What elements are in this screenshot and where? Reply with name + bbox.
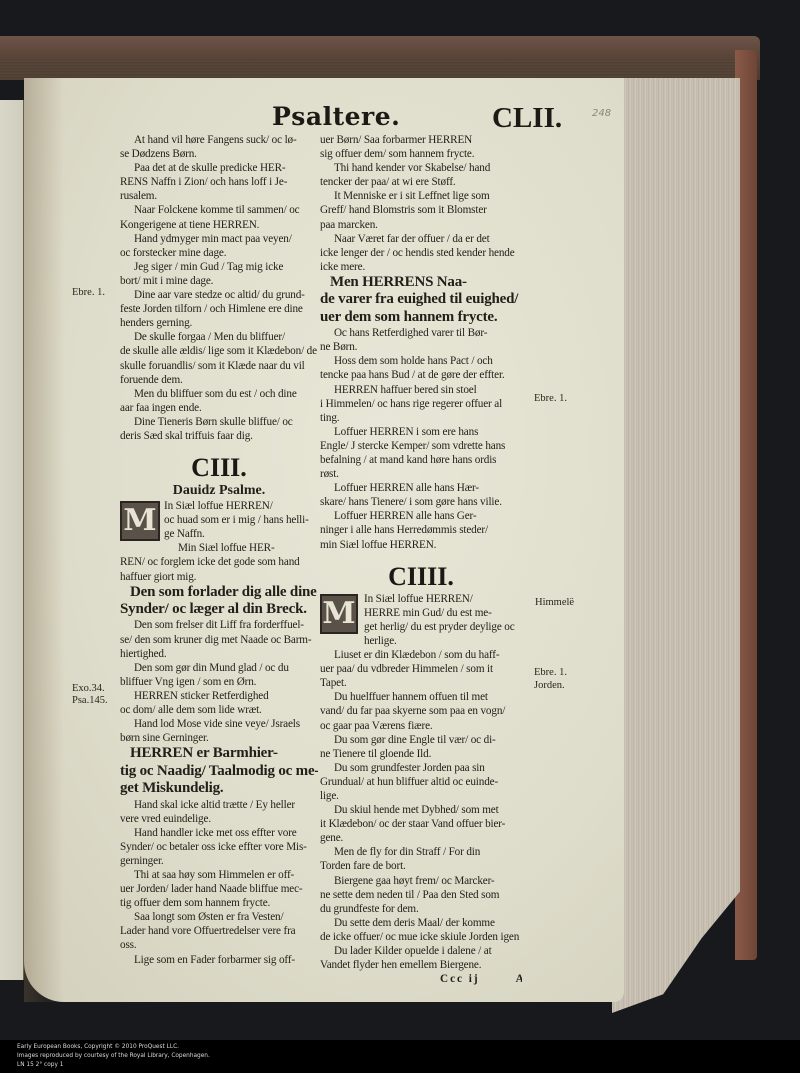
text-line: skulle foruandlis/ som it Klæde naar du …: [120, 359, 318, 373]
text-line: HERREN sticker Retferdighed: [120, 689, 318, 703]
text-line: Engle/ J stercke Kemper/ som vdrette han…: [320, 439, 522, 453]
text-line: Du som gør dine Engle til vær/ oc di-: [320, 733, 522, 747]
text-line: oss.: [120, 938, 318, 952]
text-line: gene.: [320, 831, 522, 845]
text-line: feste Jorden tilforn / och Himlene ere d…: [120, 302, 318, 316]
text-line: ne Tienere til gloende Ild.: [320, 747, 522, 761]
text-line: Torden fare de bort.: [320, 859, 522, 873]
drop-cap-block-ciii: M In Siæl loffue HERREN/ oc huad som er …: [120, 499, 318, 541]
text-line: aar faa ingen ende.: [120, 401, 318, 415]
text-line: icke lenger der / oc hendis sted kender …: [320, 246, 522, 260]
text-line: befalning / at mand kand høre hans ordis: [320, 453, 522, 467]
text-line: gerninger.: [120, 854, 318, 868]
text-line: ting.: [320, 411, 522, 425]
text-line: herlige.: [320, 634, 522, 648]
text-line: Loffuer HERREN alle hans Ger-: [320, 509, 522, 523]
text-line: rusalem.: [120, 189, 318, 203]
text-line: uer Jorden/ lader hand Naade bliffue mec…: [120, 882, 318, 896]
text-line: Den som gør din Mund glad / oc du: [120, 661, 318, 675]
text-line: uer dem som hannem frycte.: [320, 309, 522, 326]
margin-note-himmel: Himmelë: [535, 597, 574, 608]
text-line: Du skiul hende met Dybhed/ som met: [320, 803, 522, 817]
text-line: Den som frelser dit Liff fra forderffuel…: [120, 618, 318, 632]
signature: Ccc ij: [440, 973, 480, 985]
folio-number: CLII.: [492, 102, 562, 135]
text-line: min Siæl loffue HERREN.: [320, 538, 522, 552]
right-text-block-1: uer Børn/ Saa forbarmer HERRENsig offuer…: [320, 133, 522, 552]
text-line: Loffuer HERREN alle hans Hær-: [320, 481, 522, 495]
catchword: At: [480, 973, 522, 985]
text-line: Hoss dem som holde hans Pact / och: [320, 354, 522, 368]
text-line: se Dødzens Børn.: [120, 147, 318, 161]
text-line: Hand ydmyger min mact paa veyen/: [120, 232, 318, 246]
text-line: se/ den som kruner dig met Naade oc Barm…: [120, 633, 318, 647]
text-line: Synder/ oc læger al din Breck.: [120, 601, 318, 618]
left-text-block-1: At hand vil høre Fangens suck/ oc lø-se …: [120, 133, 318, 443]
text-line: tig offuer dem som hannem frycte.: [120, 896, 318, 910]
text-line: Naar Folckene komme til sammen/ oc: [120, 203, 318, 217]
text-line: oc dom/ alle dem som lide wræt.: [120, 703, 318, 717]
text-line: de icke offuer/ oc mue icke skiule Jorde…: [320, 930, 522, 944]
text-line: Hand lod Mose vide sine veye/ Jsraels: [120, 717, 318, 731]
text-line: Tapet.: [320, 676, 522, 690]
text-line: haffuer giort mig.: [120, 570, 318, 584]
pencil-page-number: 248: [592, 108, 611, 119]
text-line: tencker der paa/ at wi ere Støff.: [320, 175, 522, 189]
text-line: henders gerning.: [120, 316, 318, 330]
text-line: Saa longt som Østen er fra Vesten/: [120, 910, 318, 924]
text-line: Men HERRENS Naa-: [320, 274, 522, 291]
text-line: Greff/ hand Blomstris som it Blomster: [320, 203, 522, 217]
text-line: Jeg siger / min Gud / Tag mig icke: [120, 260, 318, 274]
text-line: Du som grundfester Jorden paa sin: [320, 761, 522, 775]
text-line: get Miskundelig.: [120, 780, 318, 797]
text-line: REN/ oc forglem icke det gode som hand: [120, 555, 318, 569]
footer-shelfmark: LN 15 2° copy 1: [17, 1062, 63, 1068]
text-line: HERREN haffuer bered sin stoel: [320, 383, 522, 397]
text-line: oc forstecker mine dage.: [120, 246, 318, 260]
text-line: Loffuer HERREN i som ere hans: [320, 425, 522, 439]
text-line: it Klædebon/ oc der staar Vand offuer bi…: [320, 817, 522, 831]
facing-page-sliver: [0, 100, 24, 980]
text-line: Hand skal icke altid trætte / Ey heller: [120, 798, 318, 812]
text-line: du grundfeste for dem.: [320, 902, 522, 916]
text-line: icke mere.: [320, 260, 522, 274]
margin-note-exo: Exo.34.: [72, 683, 105, 694]
text-line: Dine aar vare stedze oc altid/ du grund-: [120, 288, 318, 302]
text-line: Lige som en Fader forbarmer sig off-: [120, 953, 318, 967]
right-text-block-2: Liuset er din Klædebon / som du haff-uer…: [320, 648, 522, 972]
text-line: Men de fly for din Straff / For din: [320, 845, 522, 859]
drop-cap-block-ciiii: M In Siæl loffue HERREN/ HERRE min Gud/ …: [320, 592, 522, 648]
text-line: oc gaar paa Værens fiære.: [320, 719, 522, 733]
psalm-number-ciii: CIII.: [120, 453, 318, 483]
psalm-number-ciiii: CIIII.: [320, 562, 522, 592]
text-line: Dine Tieneris Børn skulle bliffue/ oc: [120, 415, 318, 429]
text-line: sig offuer dem/ som hannem frycte.: [320, 147, 522, 161]
page-fore-edge: [612, 78, 740, 1013]
decorated-initial: M: [120, 501, 160, 541]
psalm-subtitle: Dauidz Psalme.: [120, 483, 318, 499]
text-line: Thi at saa høy som Himmelen er off-: [120, 868, 318, 882]
footer-courtesy: Images reproduced by courtesy of the Roy…: [17, 1053, 210, 1059]
text-line: ne sette dem neden til / Paa den Sted so…: [320, 888, 522, 902]
text-line: tencke paa hans Bud / at de gøre der eff…: [320, 368, 522, 382]
text-line: Synder/ oc betaler oss icke effter vore …: [120, 840, 318, 854]
margin-note-ebre: Ebre. 1.: [534, 393, 567, 404]
copyright-footer: Early European Books, Copyright © 2010 P…: [0, 1040, 800, 1073]
signature-mark: Ccc ijAt: [320, 972, 522, 986]
text-line: HERREN er Barmhier-: [120, 745, 318, 762]
text-line: Biergene gaa høyt frem/ oc Marcker-: [320, 874, 522, 888]
margin-note-ebre: Ebre. 1.: [72, 287, 105, 298]
text-line: De skulle forgaa / Men du bliffuer/: [120, 330, 318, 344]
text-line: Liuset er din Klædebon / som du haff-: [320, 648, 522, 662]
text-line: deris Sæd skal triffuis faar dig.: [120, 429, 318, 443]
text-line: paa marcken.: [320, 218, 522, 232]
text-line: Du huelffuer hannem offuen til met: [320, 690, 522, 704]
text-line: Du sette dem deris Maal/ der komme: [320, 916, 522, 930]
text-line: Du lader Kilder opuelde i dalene / at: [320, 944, 522, 958]
text-line: vere vred euindelige.: [120, 812, 318, 826]
text-line: Men du bliffuer som du est / och dine: [120, 387, 318, 401]
text-line: At hand vil høre Fangens suck/ oc lø-: [120, 133, 318, 147]
book-top-edge: [0, 36, 760, 80]
left-column: At hand vil høre Fangens suck/ oc lø-se …: [120, 133, 318, 967]
left-text-block-2: Min Siæl loffue HER-REN/ oc forglem icke…: [120, 541, 318, 966]
text-line: Oc hans Retferdighed varer til Bør-: [320, 326, 522, 340]
text-line: lige.: [320, 789, 522, 803]
text-line: bort/ mit i mine dage.: [120, 274, 318, 288]
text-line: Paa det at de skulle predicke HER-: [120, 161, 318, 175]
text-line: røst.: [320, 467, 522, 481]
decorated-initial: M: [320, 594, 358, 634]
running-title: Psaltere.: [272, 102, 400, 131]
book-scan: Psaltere. CLII. 248 At hand vil høre Fan…: [0, 0, 800, 1040]
text-line: It Menniske er i sit Leffnet lige som: [320, 189, 522, 203]
text-line: uer Børn/ Saa forbarmer HERREN: [320, 133, 522, 147]
margin-note-ebre: Ebre. 1.: [534, 667, 567, 678]
footer-copyright: Early European Books, Copyright © 2010 P…: [17, 1044, 179, 1050]
text-line: Thi hand kender vor Skabelse/ hand: [320, 161, 522, 175]
text-line: uer paa/ du vdbreder Himmelen / som it: [320, 662, 522, 676]
text-line: skare/ hans Tienere/ i som gøre hans vil…: [320, 495, 522, 509]
text-line: de skulle alle ældis/ lige som it Klædeb…: [120, 344, 318, 358]
text-line: Grundual/ at hun bliffuer altid oc euind…: [320, 775, 522, 789]
text-line: Lader hand vore Offuertredelser vere fra: [120, 924, 318, 938]
text-line: bliffuer Vng igen / som en Ørn.: [120, 675, 318, 689]
text-line: RENS Naffn i Zion/ och hans loff i Je-: [120, 175, 318, 189]
text-line: i Himmelen/ oc hans rige regerer offuer …: [320, 397, 522, 411]
text-line: tig oc Naadig/ Taalmodig oc me-: [120, 763, 318, 780]
text-line: Vandet flyder hen emellem Biergene.: [320, 958, 522, 972]
text-line: børn sine Gerninger.: [120, 731, 318, 745]
gutter-shadow: [24, 78, 64, 1002]
text-line: Hand handler icke met oss effter vore: [120, 826, 318, 840]
text-line: hiertighed.: [120, 647, 318, 661]
text-line: ninger i alle hans Herredømmis steder/: [320, 523, 522, 537]
text-line: ne Børn.: [320, 340, 522, 354]
margin-note-psa: Psa.145.: [72, 695, 108, 706]
text-line: Den som forlader dig alle dine: [120, 584, 318, 601]
margin-note-jorden: Jorden.: [534, 680, 565, 691]
text-line: vand/ du far paa skyerne som paa en vogn…: [320, 704, 522, 718]
right-column: uer Børn/ Saa forbarmer HERRENsig offuer…: [320, 133, 522, 986]
text-line: foruende dem.: [120, 373, 318, 387]
text-line: Kongerigene at tiene HERREN.: [120, 218, 318, 232]
text-line: Naar Været far der offuer / da er det: [320, 232, 522, 246]
text-line: de varer fra euighed til euighed/ off-: [320, 291, 522, 308]
text-line: Min Siæl loffue HER-: [120, 541, 318, 555]
